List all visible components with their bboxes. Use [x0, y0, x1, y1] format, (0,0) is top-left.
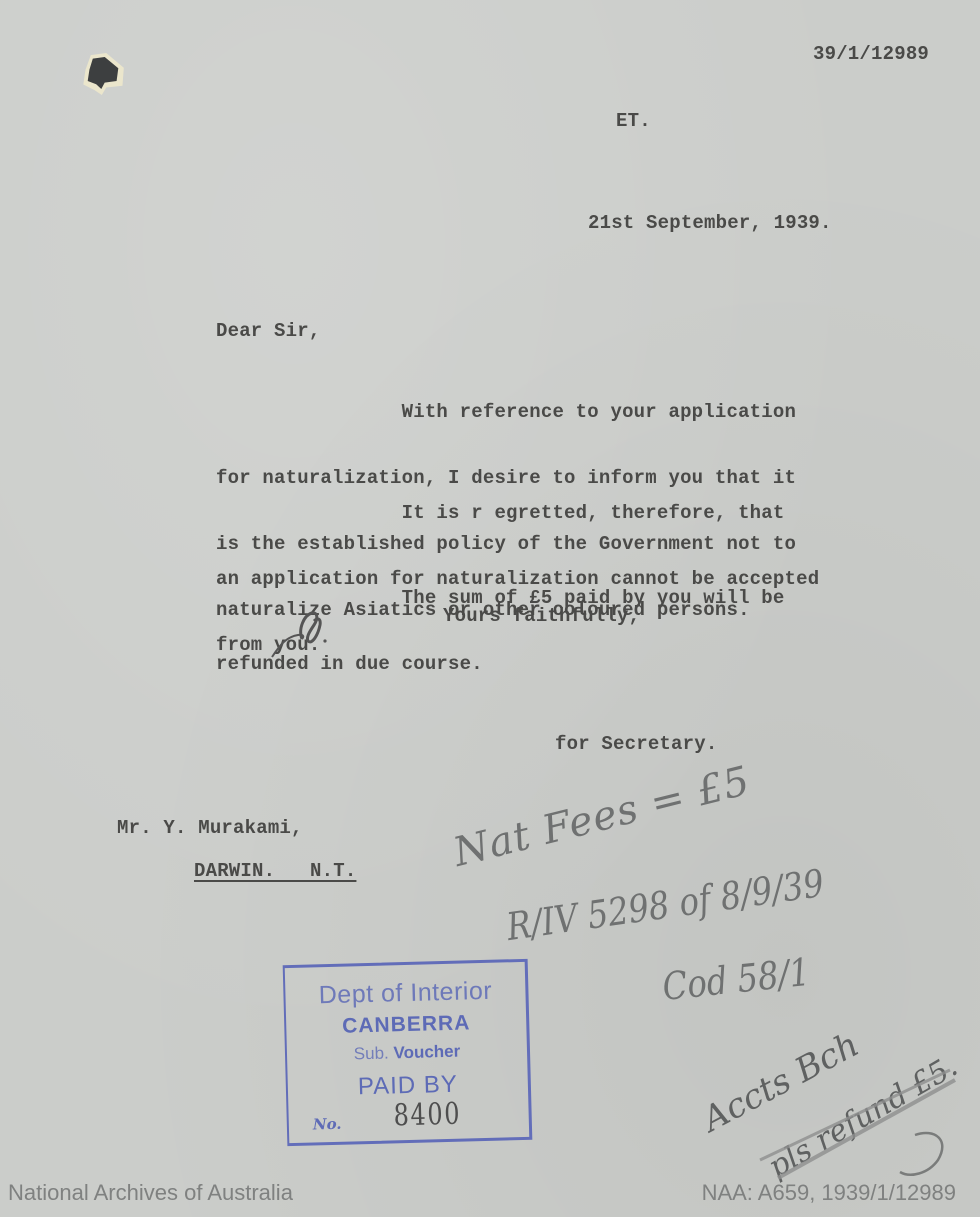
handwritten-note-reference: R/IV 5298 of 8/9/39: [504, 861, 827, 949]
document-page: 39/1/12989 ET. 21st September, 1939. Dea…: [0, 0, 980, 1217]
handwritten-note-fees: Nat Fees = £5: [449, 758, 755, 876]
stamp-voucher-line: Sub. Voucher: [287, 1040, 527, 1066]
letter-date: 21st September, 1939.: [588, 212, 832, 234]
typist-initials: ET.: [616, 110, 651, 132]
paragraph-line: With reference to your application: [216, 401, 796, 423]
signoff: for Secretary.: [555, 733, 717, 755]
archive-reference: NAA: A659, 1939/1/12989: [702, 1180, 956, 1206]
stamp-voucher-number: 8400: [393, 1097, 461, 1134]
closing: Yours faithfully,: [443, 605, 640, 627]
stamp-number-label: No.: [313, 1115, 342, 1134]
file-reference-number: 39/1/12989: [813, 43, 929, 65]
addressee-place: DARWIN. N.T.: [194, 860, 356, 882]
stamp-voucher-label: Voucher: [393, 1042, 460, 1063]
addressee-name: Mr. Y. Murakami,: [117, 817, 303, 839]
handwritten-note-code: Cod 58/1: [660, 950, 811, 1009]
archive-credit: National Archives of Australia: [8, 1180, 293, 1206]
stamp-city: CANBERRA: [286, 1010, 527, 1040]
stamp-sub-label: Sub.: [354, 1043, 389, 1063]
paid-voucher-stamp: Dept of Interior CANBERRA Sub. Voucher P…: [283, 959, 533, 1146]
paragraph-line: It is r egretted, therefore, that: [216, 502, 819, 524]
stamp-department: Dept of Interior: [285, 976, 526, 1011]
salutation: Dear Sir,: [216, 320, 320, 342]
signature-initial-icon: [268, 605, 348, 660]
strike-through-lines-icon: [750, 1050, 970, 1180]
